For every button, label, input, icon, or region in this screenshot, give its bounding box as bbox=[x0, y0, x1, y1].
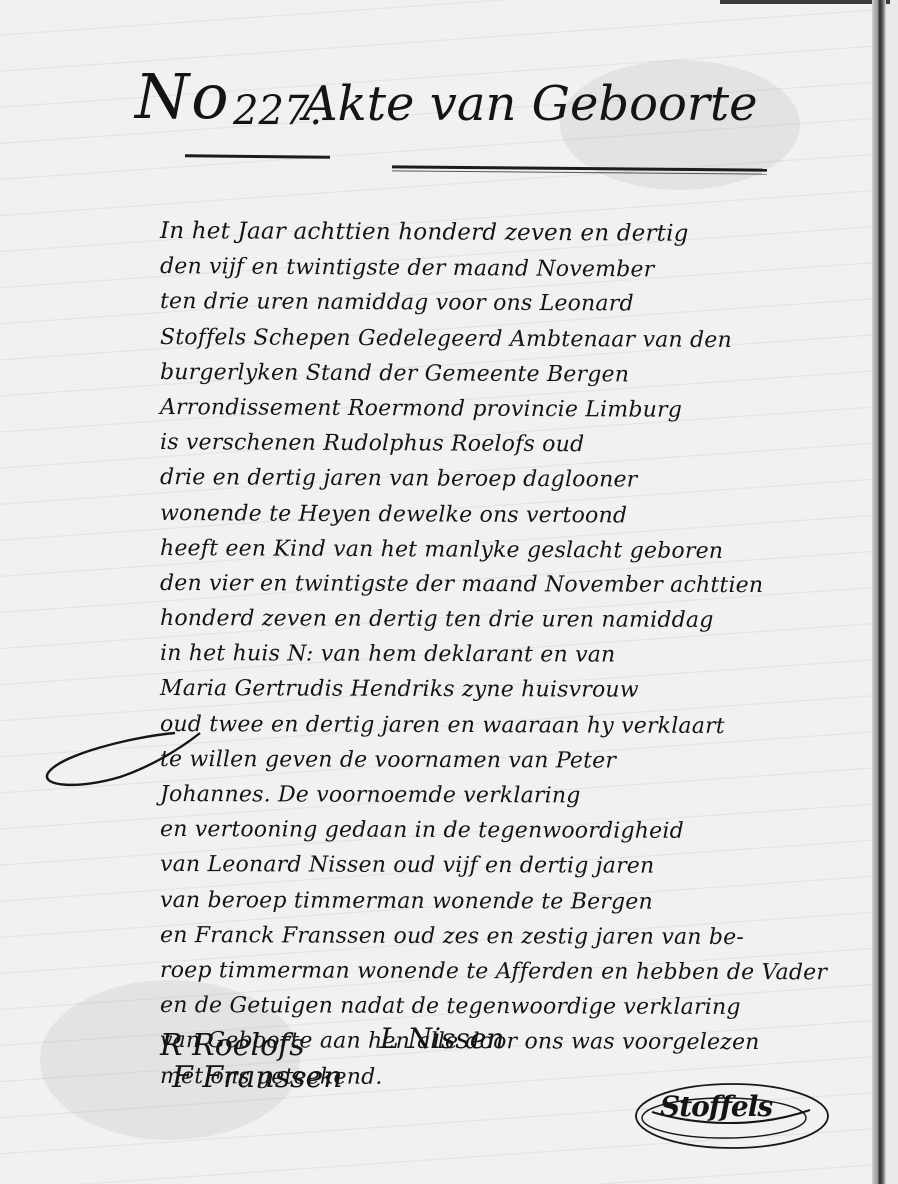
text-line: drie en dertig jaren van beroep dagloone… bbox=[160, 460, 880, 499]
text-line: van beroep timmerman wonende te Bergen bbox=[160, 883, 880, 921]
text-line: Arrondissement Roermond provincie Limbur… bbox=[160, 390, 880, 429]
text-line: en vertooning gedaan in de tegenwoordigh… bbox=[160, 812, 880, 850]
text-line: den vijf en twintigste der maand Novembe… bbox=[160, 249, 880, 289]
text-line-mother: Maria Gertrudis Hendriks zyne huisvrouw bbox=[160, 671, 880, 709]
text-line-witness: van Leonard Nissen oud vijf en dertig ja… bbox=[160, 847, 880, 885]
text-line-father: is verschenen Rudolphus Roelofs oud bbox=[160, 425, 880, 464]
certificate-title: Akte van Geboorte bbox=[303, 76, 758, 132]
signature-block: R Roelofs L Nissen F Franssen Stoffels bbox=[160, 1020, 860, 1160]
register-page: No 227. Akte van Geboorte In het Jaar ac… bbox=[0, 0, 886, 1184]
text-line: ten drie uren namiddag voor ons Leonard bbox=[160, 284, 880, 323]
text-line: honderd zeven en dertig ten drie uren na… bbox=[160, 601, 880, 639]
text-line: burgerlyken Stand der Gemeente Bergen bbox=[160, 355, 880, 394]
text-line: Stoffels Schepen Gedelegeerd Ambtenaar v… bbox=[160, 320, 880, 359]
text-line: roep timmerman wonende te Afferden en he… bbox=[160, 953, 880, 991]
text-line: den vier en twintigste der maand Novembe… bbox=[160, 566, 880, 604]
page-top-edge bbox=[720, 0, 890, 4]
signature-official: Stoffels bbox=[660, 1090, 772, 1123]
text-line-witness: en Franck Franssen oud zes en zestig jar… bbox=[160, 918, 880, 956]
signature-witness-1: L Nissen bbox=[380, 1022, 504, 1055]
number-prefix: No bbox=[135, 60, 231, 133]
text-line: In het Jaar achttien honderd zeven en de… bbox=[160, 214, 880, 253]
signature-father: R Roelofs bbox=[160, 1028, 305, 1063]
signature-witness-2: F Franssen bbox=[172, 1060, 343, 1095]
certificate-body: In het Jaar achttien honderd zeven en de… bbox=[160, 214, 880, 1094]
text-line: wonende te Heyen dewelke ons vertoond bbox=[160, 496, 880, 535]
text-line: in het huis N: van hem deklarant en van bbox=[160, 636, 880, 674]
calligraphic-flourish bbox=[40, 725, 360, 795]
text-line: heeft een Kind van het manlyke geslacht … bbox=[160, 531, 880, 570]
certificate-header: No 227. Akte van Geboorte bbox=[135, 48, 795, 148]
header-underline-left bbox=[185, 154, 330, 159]
